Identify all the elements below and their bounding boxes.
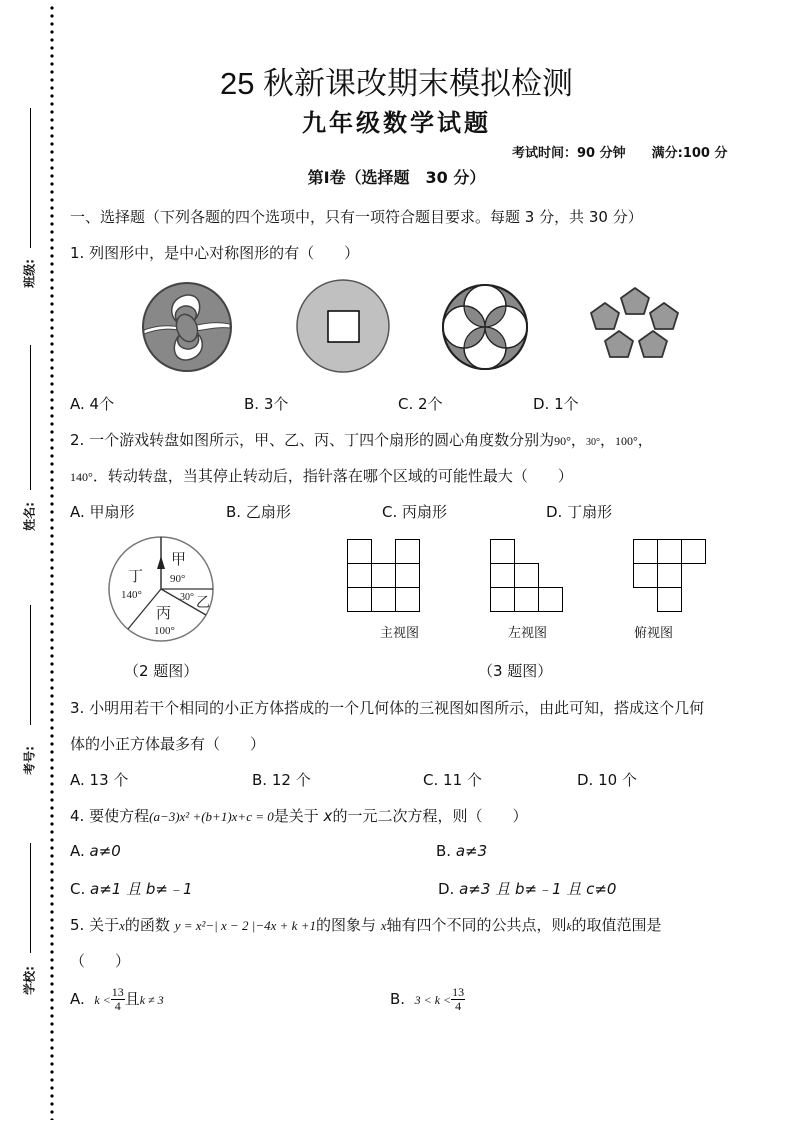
q1-option-c[interactable]: C. 2个 [398, 393, 443, 414]
figure-2-caption: （2 题图） [124, 660, 198, 681]
class-label: 班级: [21, 259, 38, 289]
svg-text:丁: 丁 [128, 567, 143, 585]
q4-option-c[interactable]: C. a≠1 且 b≠﹣1 [70, 878, 193, 899]
question-1: 1. 列图形中，是中心对称图形的有（ ） [70, 242, 359, 263]
full-score: 满分:100 分 [652, 146, 728, 161]
q5-option-b[interactable]: B. 3 < k <134 [390, 986, 465, 1013]
q3-option-b[interactable]: B. 12 个 [252, 769, 311, 790]
equation: (a−3)x² +(b+1)x+c = 0 [149, 809, 274, 824]
q2-option-d[interactable]: D. 丁扇形 [546, 501, 612, 522]
q2-option-b[interactable]: B. 乙扇形 [226, 501, 291, 522]
svg-text:丙: 丙 [156, 604, 171, 622]
q4-option-a[interactable]: A. a≠0 [70, 842, 121, 860]
q4-option-b[interactable]: B. a≠3 [436, 842, 487, 860]
question-2-line-2: 140°．转动转盘，当其停止转动后，指针落在哪个区域的可能性最大（ ） [70, 465, 573, 486]
figure-3-caption: （3 题图） [478, 660, 552, 681]
left-view-label: 左视图 [508, 622, 547, 641]
exam-number-label: 考号: [21, 746, 38, 776]
question-3-line-1: 3. 小明用若干个相同的小正方体搭成的一个几何体的三视图如图所示，由此可知，搭成… [70, 697, 704, 718]
front-view-label: 主视图 [380, 622, 419, 641]
q4-option-d[interactable]: D. a≠3 且 b≠﹣1 且 c≠0 [438, 878, 616, 899]
school-label: 学校: [21, 966, 38, 996]
question-4: 4. 要使方程(a−3)x² +(b+1)x+c = 0是关于 x的一元二次方程… [70, 805, 527, 826]
figure-four-circle-flower [440, 282, 530, 372]
q5-option-a[interactable]: A. k <134且k ≠ 3 [70, 986, 164, 1013]
svg-text:30°: 30° [180, 592, 194, 603]
figure-wave-circle [140, 280, 240, 375]
svg-text:乙: 乙 [196, 595, 210, 611]
exam-time: 考试时间：90 分钟 [512, 146, 626, 161]
figure-front-view [347, 539, 422, 614]
exam-meta: 考试时间：90 分钟满分:100 分 [512, 142, 728, 161]
question-5: 5. 关于x的函数 y = x²−| x − 2 |−4x + k +1的图象与… [70, 914, 661, 935]
question-3-line-2: 体的小正方体最多有（ ） [70, 733, 265, 754]
name-label: 姓名: [21, 502, 38, 532]
figure-spinner: 甲 90° 丁 140° 30° 乙 丙 100° [108, 536, 220, 648]
figure-five-pentagons [588, 285, 683, 370]
top-view-label: 俯视图 [634, 622, 673, 641]
question-5-blank: （ ） [70, 950, 130, 971]
volume-heading: 第Ⅰ卷（选择题 30 分） [0, 165, 793, 188]
exam-subtitle: 九年级数学试题 [0, 103, 793, 138]
q1-option-a[interactable]: A. 4个 [70, 393, 114, 414]
q1-option-b[interactable]: B. 3个 [244, 393, 288, 414]
q1-option-d[interactable]: D. 1个 [533, 393, 579, 414]
svg-text:100°: 100° [154, 625, 175, 637]
section-heading: 一、选择题（下列各题的四个选项中，只有一项符合题目要求。每题 3 分，共 30 … [70, 206, 643, 227]
exam-title: 25 秋新课改期末模拟检测 [0, 58, 793, 103]
question-number: 1. [70, 244, 84, 262]
question-2-line-1: 2. 一个游戏转盘如图所示，甲、乙、丙、丁四个扇形的圆心角度数分别为90°，30… [70, 429, 653, 450]
q2-option-a[interactable]: A. 甲扇形 [70, 501, 135, 522]
svg-text:140°: 140° [121, 589, 142, 601]
figure-top-view [633, 539, 708, 614]
q2-option-c[interactable]: C. 丙扇形 [382, 501, 447, 522]
svg-text:90°: 90° [170, 573, 185, 585]
svg-text:甲: 甲 [171, 550, 186, 568]
figure-coin-square-hole [295, 278, 395, 378]
q3-option-d[interactable]: D. 10 个 [577, 769, 637, 790]
question-stem: 列图形中，是中心对称图形的有（ ） [89, 244, 359, 262]
q3-option-a[interactable]: A. 13 个 [70, 769, 128, 790]
function-expression: y = x²−| x − 2 |−4x + k +1 [175, 918, 316, 933]
q3-option-c[interactable]: C. 11 个 [423, 769, 482, 790]
exam-number-underline [30, 605, 31, 725]
school-underline [30, 843, 31, 953]
name-underline [30, 345, 31, 490]
figure-left-view [490, 539, 565, 614]
